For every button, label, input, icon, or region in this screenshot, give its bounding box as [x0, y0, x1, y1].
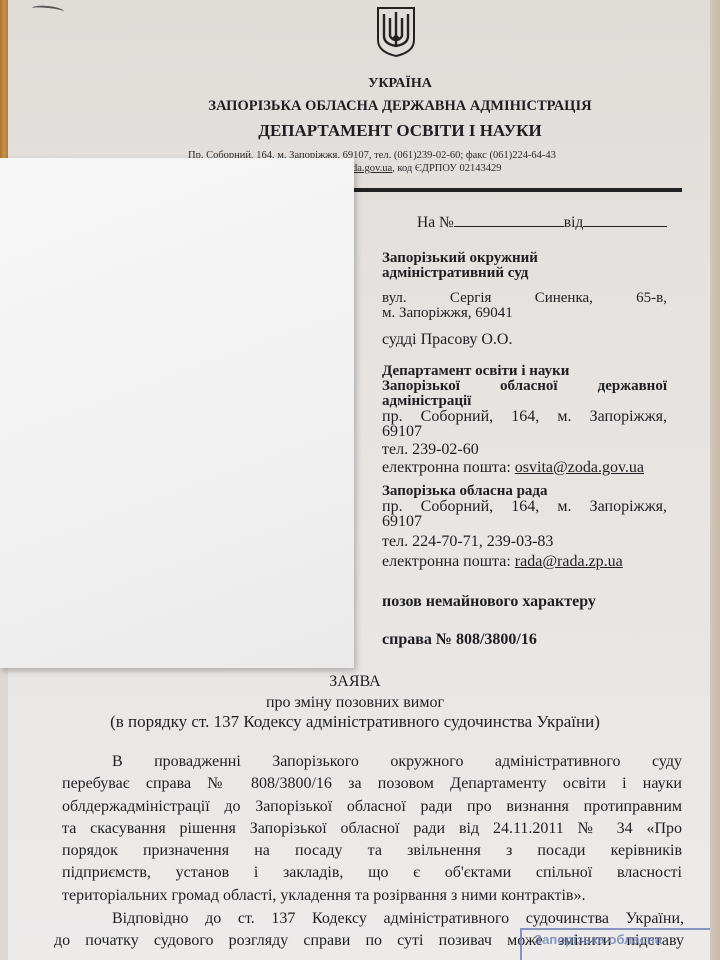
defendant-name: Запорізька обласна рада [382, 484, 667, 499]
court-address: вул. Сергія Синенка, 65-в, м. Запоріжжя,… [382, 291, 667, 321]
defendant-email-line: електронна пошта: rada@rada.zp.ua [382, 554, 667, 569]
plaintiff-name-line-3: адміністрації [382, 394, 667, 409]
letterhead-website: da.gov.ua [352, 163, 392, 174]
reference-number-label: На № [417, 214, 454, 231]
paragraph-1-line: порядок призначення на посаду та звільне… [62, 840, 682, 862]
plaintiff-email-line: електронна пошта: osvita@zoda.gov.ua [382, 460, 667, 475]
reference-date-label: від [564, 214, 584, 231]
paragraph-1-line: територіальних громад області, укладення… [62, 885, 682, 907]
statement-subtitle: про зміну позовних вимог [0, 694, 710, 712]
defendant-phone: тел. 224-70-71, 239-03-83 [382, 534, 667, 549]
defendant-email-label: електронна пошта: [382, 553, 515, 570]
court-name: Запорізький окружний адміністративний су… [382, 251, 667, 281]
court-name-line-2: адміністративний суд [382, 266, 667, 281]
case-number: справа № 808/3800/16 [382, 632, 667, 647]
plaintiff-phone: тел. 239-02-60 [382, 442, 667, 457]
paragraph-2-line: Відповідно до ст. 137 Кодексу адміністра… [54, 908, 684, 930]
overlay-paper-sheet [0, 158, 354, 668]
plaintiff-name-line-1: Департамент освіти і науки [382, 364, 667, 379]
plaintiff-address-line-1: пр. Соборний, 164, м. Запоріжжя, [382, 409, 667, 424]
department-heading: ДЕПАРТАМЕНТ ОСВІТИ І НАУКИ [180, 121, 620, 141]
claim-type: позов немайнового характеру [382, 594, 667, 609]
plaintiff-block: Департамент освіти і науки Запорізької о… [382, 364, 667, 475]
reference-date-blank [583, 212, 667, 227]
judge-name: судді Прасову О.О. [382, 332, 667, 347]
country-heading: УКРАЇНА [180, 76, 620, 92]
plaintiff-name-line-2: Запорізької обласної державної [382, 379, 667, 394]
court-address-line-2: м. Запоріжжя, 69041 [382, 306, 667, 321]
paragraph-1-line: та скасування рішення Запорізької обласн… [62, 818, 682, 840]
letterhead-divider [352, 188, 682, 192]
plaintiff-email-link[interactable]: osvita@zoda.gov.ua [515, 459, 644, 476]
ink-stamp: Запорізька обласна [520, 928, 710, 960]
desk-edge-right [710, 0, 720, 960]
statement-basis: (в порядку ст. 137 Кодексу адміністратив… [0, 712, 710, 732]
reference-line: На №від [417, 212, 667, 232]
defendant-address-line-2: 69107 [382, 514, 667, 529]
reference-number-blank [454, 212, 564, 227]
defendant-email-link[interactable]: rada@rada.zp.ua [515, 553, 623, 570]
letterhead-contacts: da.gov.ua, код ЄДРПОУ 02143429 [352, 163, 501, 174]
letterhead-code: , код ЄДРПОУ 02143429 [392, 163, 501, 174]
paragraph-1-line: облдержадміністрації до Запорізької обла… [62, 796, 682, 818]
court-address-line-1: вул. Сергія Синенка, 65-в, [382, 291, 667, 306]
paragraph-1-line: перебуває справа № 808/3800/16 за позово… [62, 773, 682, 795]
desk-edge-left [0, 0, 8, 160]
defendant-block: Запорізька обласна рада пр. Соборний, 16… [382, 484, 667, 569]
court-name-line-1: Запорізький окружний [382, 251, 667, 266]
administration-heading: ЗАПОРІЗЬКА ОБЛАСНА ДЕРЖАВНА АДМІНІСТРАЦІ… [180, 98, 620, 115]
paragraph-1-line: В провадженні Запорізького окружного адм… [62, 751, 682, 773]
statement-title: ЗАЯВА [0, 673, 710, 691]
defendant-address-line-1: пр. Соборний, 164, м. Запоріжжя, [382, 499, 667, 514]
plaintiff-email-label: електронна пошта: [382, 459, 515, 476]
trident-coat-of-arms-icon [374, 6, 418, 58]
paragraph-1-line: підприємств, установ і закладів, що є об… [62, 862, 682, 884]
statement-paragraph-1: В провадженні Запорізького окружного адм… [62, 751, 682, 907]
plaintiff-address-line-2: 69107 [382, 424, 667, 439]
